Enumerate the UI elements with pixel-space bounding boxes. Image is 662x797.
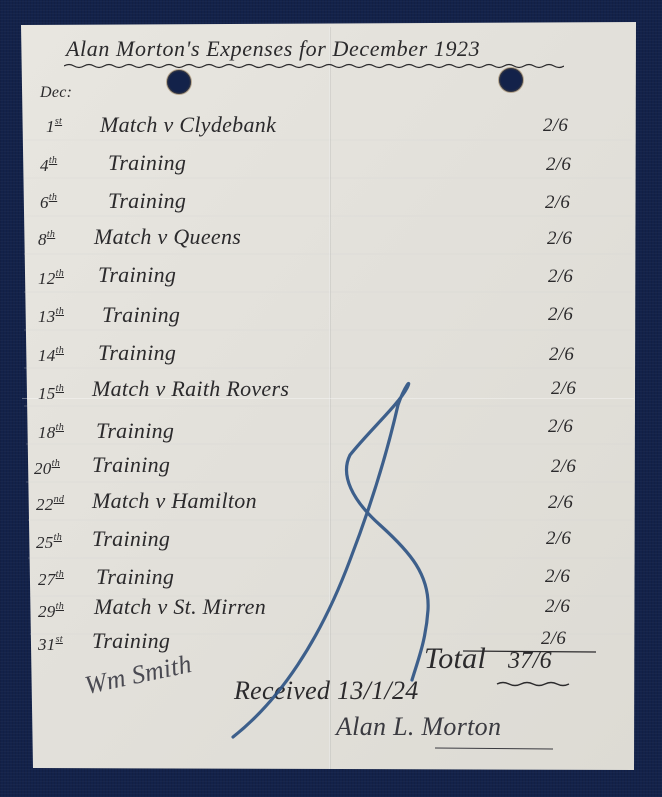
row-day: 29th bbox=[38, 601, 64, 622]
row-description: Training bbox=[96, 418, 174, 444]
row-amount: 2/6 bbox=[548, 266, 573, 288]
row-amount: 2/6 bbox=[548, 304, 573, 326]
row-description: Training bbox=[98, 262, 176, 288]
row-description: Training bbox=[108, 188, 186, 214]
row-day: 20th bbox=[34, 458, 60, 479]
row-description: Training bbox=[92, 628, 170, 654]
row-description: Match v Queens bbox=[94, 224, 241, 250]
signature-alan-morton: Alan L. Morton bbox=[336, 712, 501, 742]
row-description: Training bbox=[92, 526, 170, 552]
row-description: Match v Hamilton bbox=[92, 488, 257, 514]
row-amount: 2/6 bbox=[549, 344, 574, 366]
total-label: Total bbox=[424, 642, 486, 676]
month-label: Dec: bbox=[40, 84, 72, 102]
row-description: Training bbox=[92, 452, 170, 478]
title-underline bbox=[64, 63, 564, 69]
row-amount: 2/6 bbox=[551, 456, 576, 478]
row-amount: 2/6 bbox=[543, 115, 568, 137]
punch-hole-left bbox=[167, 70, 191, 94]
row-day: 13th bbox=[38, 306, 64, 327]
punch-hole-right bbox=[499, 68, 523, 92]
row-amount: 2/6 bbox=[551, 378, 576, 400]
row-day: 1st bbox=[46, 116, 62, 137]
row-amount: 2/6 bbox=[548, 416, 573, 438]
row-day: 22nd bbox=[36, 494, 64, 515]
row-amount: 2/6 bbox=[546, 528, 571, 550]
total-value: 37/6 bbox=[508, 648, 552, 675]
row-amount: 2/6 bbox=[547, 228, 572, 250]
row-description: Training bbox=[108, 150, 186, 176]
row-description: Match v St. Mirren bbox=[94, 594, 266, 620]
expense-sheet: Alan Morton's Expenses for December 1923… bbox=[0, 0, 662, 797]
row-day: 4th bbox=[40, 155, 57, 176]
received-note: Received 13/1/24 bbox=[234, 676, 419, 706]
row-amount: 2/6 bbox=[545, 566, 570, 588]
row-day: 15th bbox=[38, 383, 64, 404]
row-description: Training bbox=[102, 302, 180, 328]
row-description: Match v Raith Rovers bbox=[92, 376, 289, 402]
row-amount: 2/6 bbox=[545, 192, 570, 214]
row-amount: 2/6 bbox=[541, 628, 566, 650]
row-day: 25th bbox=[36, 532, 62, 553]
document-title: Alan Morton's Expenses for December 1923 bbox=[66, 36, 480, 62]
row-day: 14th bbox=[38, 345, 64, 366]
row-day: 27th bbox=[38, 569, 64, 590]
row-amount: 2/6 bbox=[548, 492, 573, 514]
row-day: 6th bbox=[40, 192, 57, 213]
row-description: Training bbox=[96, 564, 174, 590]
row-day: 12th bbox=[38, 268, 64, 289]
row-day: 18th bbox=[38, 422, 64, 443]
row-amount: 2/6 bbox=[546, 154, 571, 176]
row-description: Training bbox=[98, 340, 176, 366]
row-description: Match v Clydebank bbox=[100, 112, 276, 138]
row-day: 31st bbox=[38, 634, 63, 655]
row-day: 8th bbox=[38, 229, 55, 250]
row-amount: 2/6 bbox=[545, 596, 570, 618]
